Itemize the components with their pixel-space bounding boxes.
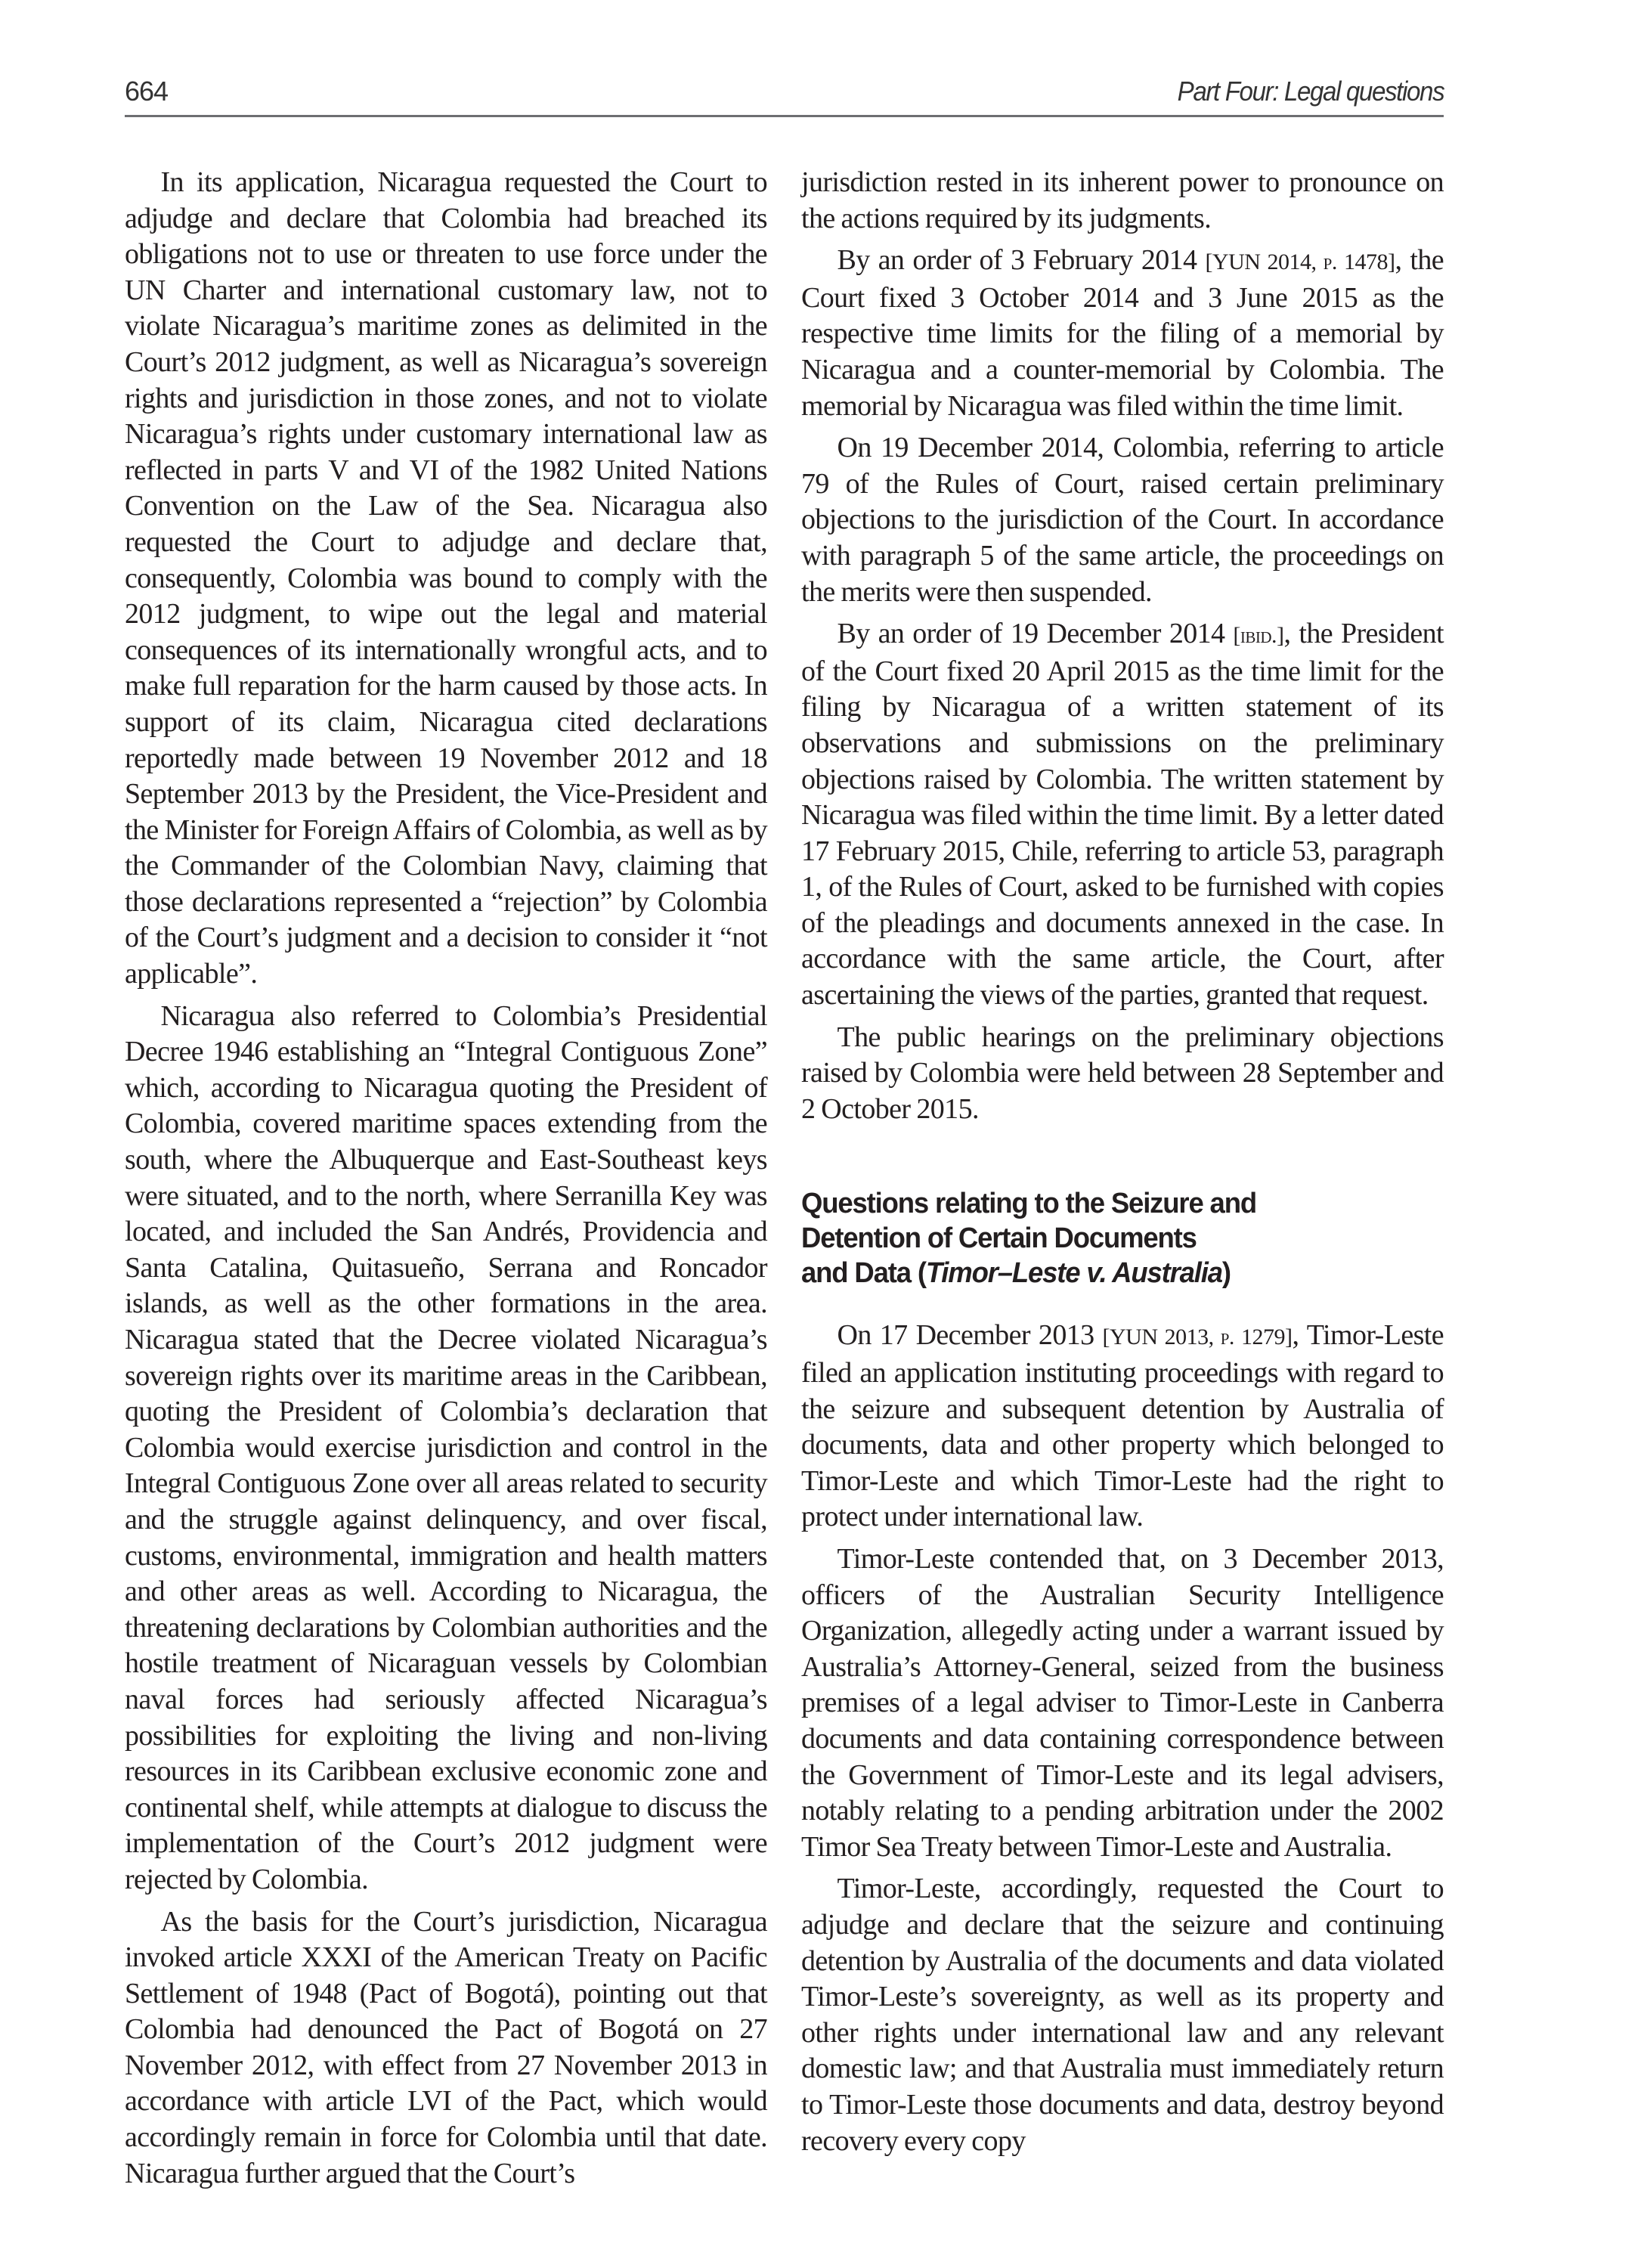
paragraph-jurisdiction-basis: As the basis for the Court’s jurisdictio…: [125, 1904, 767, 2192]
section-heading-timor-leste: Questions relating to the Seizure and De…: [801, 1186, 1418, 1290]
section-title: Part Four: Legal questions: [1177, 76, 1444, 107]
case-name: Timor–Leste v. Australia: [926, 1257, 1222, 1289]
paragraph-timor-requested: Timor-Leste, accordingly, requested the …: [801, 1871, 1444, 2159]
paragraph-decree: Nicaragua also referred to Colombia’s Pr…: [125, 999, 767, 1898]
paragraph-preliminary-objections: On 19 December 2014, Colombia, referring…: [801, 430, 1444, 610]
left-column: In its application, Nicaragua requested …: [125, 165, 767, 2198]
citation-reference: [YUN 2013, p. 1279]: [1103, 1325, 1293, 1349]
paragraph-timor-application: On 17 December 2013 [YUN 2013, p. 1279],…: [801, 1318, 1444, 1535]
citation-reference: [YUN 2014, p. 1478]: [1205, 249, 1395, 274]
citation-reference: [ibid.]: [1233, 623, 1283, 648]
right-column: jurisdiction rested in its inherent powe…: [801, 165, 1444, 2165]
paragraph-order-february-2014: By an order of 3 February 2014 [YUN 2014…: [801, 243, 1444, 424]
running-header: 664 Part Four: Legal questions: [125, 70, 1444, 112]
paragraph-public-hearings: The public hearings on the preliminary o…: [801, 1020, 1444, 1128]
paragraph-continuation: jurisdiction rested in its inherent powe…: [801, 165, 1444, 237]
page-number: 664: [125, 76, 168, 107]
paragraph-timor-contended: Timor-Leste contended that, on 3 Decembe…: [801, 1541, 1444, 1865]
paragraph-application: In its application, Nicaragua requested …: [125, 165, 767, 993]
paragraph-order-december-2014: By an order of 19 December 2014 [ibid.],…: [801, 616, 1444, 1014]
header-rule: [125, 115, 1444, 117]
